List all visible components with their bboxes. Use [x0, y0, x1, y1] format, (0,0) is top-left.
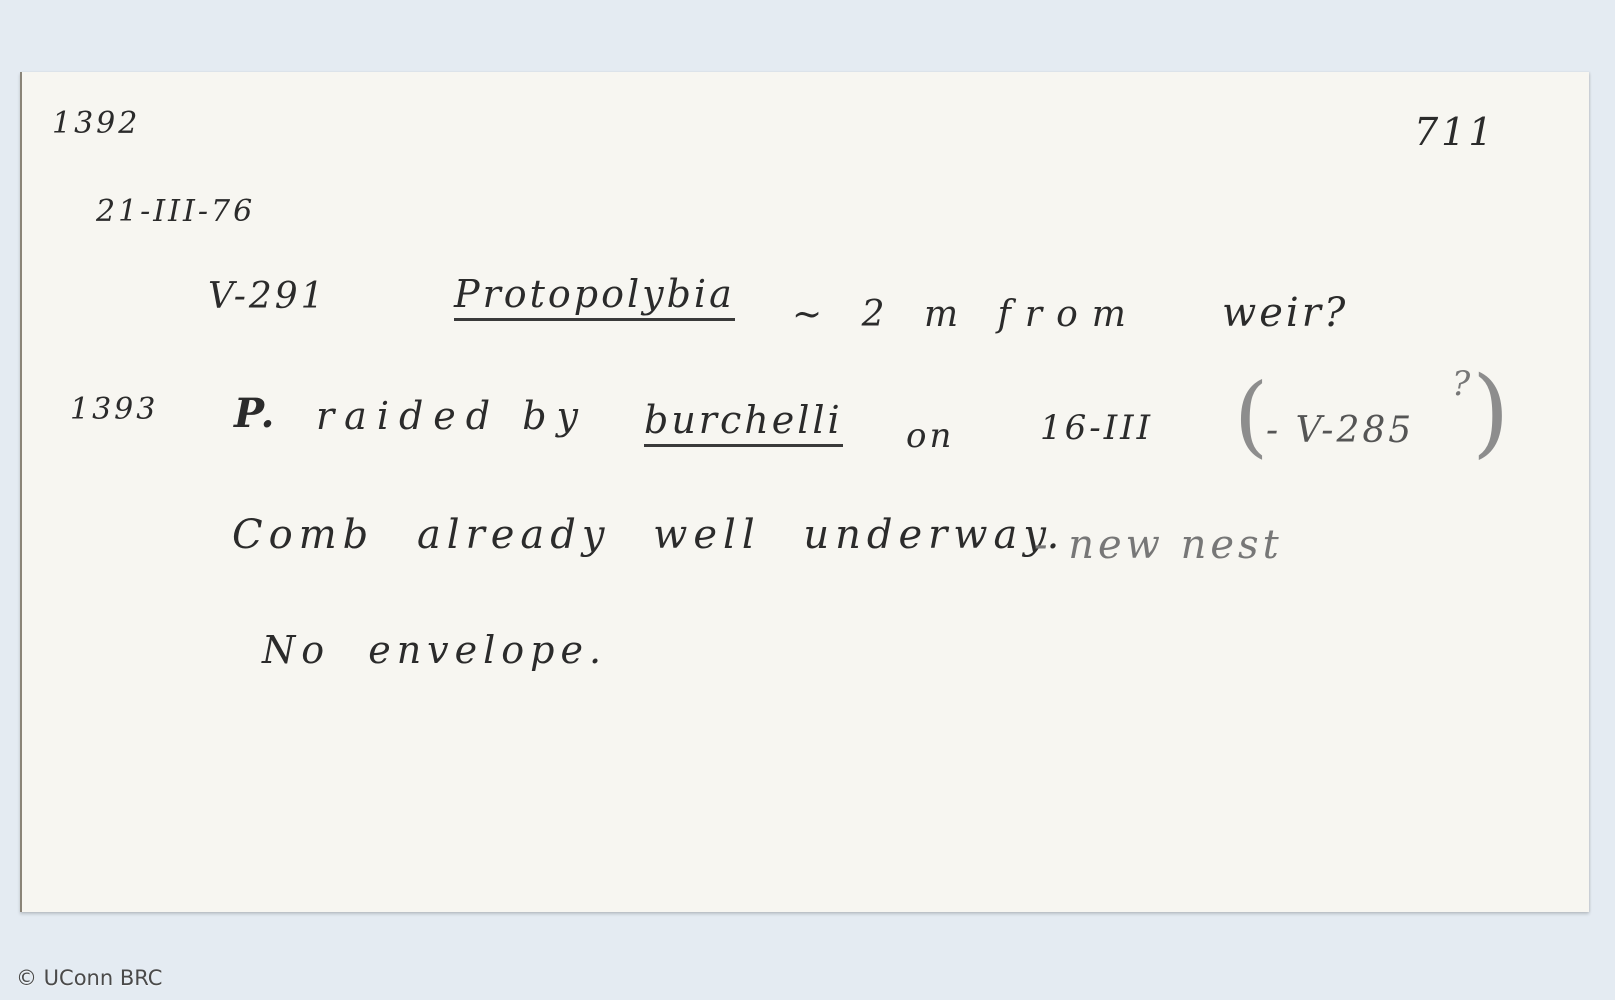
pencil-note-new-nest: - new nest — [1034, 522, 1283, 568]
location-text: ~ 2 m from — [792, 294, 1140, 335]
cross-ref-query: ? — [1452, 364, 1473, 404]
on-text: on — [906, 416, 954, 456]
page-number: 711 — [1414, 110, 1496, 154]
cross-ref-open-paren: ( — [1234, 372, 1268, 460]
catalog-number-1393: 1393 — [70, 392, 158, 427]
species-name: burchelli — [644, 398, 843, 447]
collection-date: 21-III-76 — [96, 194, 255, 229]
cross-reference: - V-285 — [1266, 410, 1414, 451]
genus-name: Protopolybia — [454, 272, 735, 321]
raided-by-text: raided by — [316, 394, 588, 438]
reference-date: 16-III — [1040, 408, 1153, 448]
cross-ref-close-paren: ) — [1472, 364, 1509, 460]
genus-abbrev: P. — [234, 390, 277, 437]
catalog-number-top: 1392 — [52, 106, 140, 141]
comb-note: Comb already well underway. — [232, 512, 1065, 558]
copyright-watermark: © UConn BRC — [16, 966, 162, 990]
location-weir: weir? — [1222, 290, 1348, 336]
index-card: 1392 711 21-III-76 V-291 Protopolybia ~ … — [20, 72, 1589, 912]
envelope-note: No envelope. — [262, 628, 607, 672]
specimen-id: V-291 — [208, 276, 327, 317]
